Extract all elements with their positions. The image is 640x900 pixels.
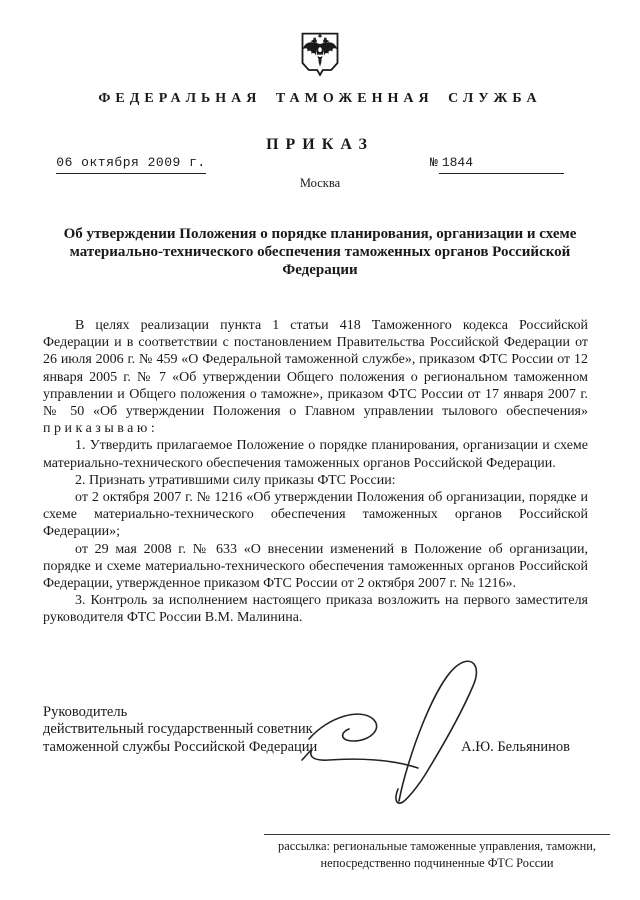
number-sign: № — [430, 155, 438, 170]
order-item-1: 1. Утвердить прилагаемое Положение о пор… — [43, 437, 588, 471]
signer-name: А.Ю. Бельянинов — [461, 739, 570, 756]
signature-block: Руководитель действительный государствен… — [43, 704, 570, 757]
document-number: 1844 — [439, 155, 564, 174]
distribution-line-2: непосредственно подчиненные ФТС России — [264, 855, 610, 872]
order-item-3: 3. Контроль за исполнением настоящего пр… — [43, 592, 588, 626]
document-type-title: ПРИКАЗ — [0, 136, 640, 154]
preamble-emphasis: приказываю: — [43, 421, 158, 436]
order-body: В целях реализации пункта 1 статьи 418 Т… — [43, 317, 588, 627]
distribution-note: рассылка: региональные таможенные управл… — [264, 834, 610, 871]
issue-city: Москва — [0, 176, 640, 191]
order-title: Об утверждении Положения о порядке плани… — [63, 225, 577, 279]
order-item-2: 2. Признать утратившими силу приказы ФТС… — [43, 472, 588, 489]
revoked-order-1: от 2 октября 2007 г. № 1216 «Об утвержде… — [43, 489, 588, 541]
preamble-paragraph: В целях реализации пункта 1 статьи 418 Т… — [43, 317, 588, 437]
distribution-line-1: рассылка: региональные таможенные управл… — [264, 838, 610, 855]
document-page: ФЕДЕРАЛЬНАЯ ТАМОЖЕННАЯ СЛУЖБА ПРИКАЗ 06 … — [0, 0, 640, 900]
document-date: 06 октября 2009 г. — [56, 155, 206, 174]
signer-position-line-2: действительный государственный советник — [43, 721, 570, 738]
signer-position-line-1: Руководитель — [43, 704, 570, 721]
revoked-order-2: от 29 мая 2008 г. № 633 «О внесении изме… — [43, 541, 588, 593]
document-number-field: №1844 — [430, 155, 564, 174]
organization-name: ФЕДЕРАЛЬНАЯ ТАМОЖЕННАЯ СЛУЖБА — [0, 91, 640, 107]
coat-of-arms-icon — [299, 31, 341, 86]
preamble-text: В целях реализации пункта 1 статьи 418 Т… — [43, 318, 588, 419]
